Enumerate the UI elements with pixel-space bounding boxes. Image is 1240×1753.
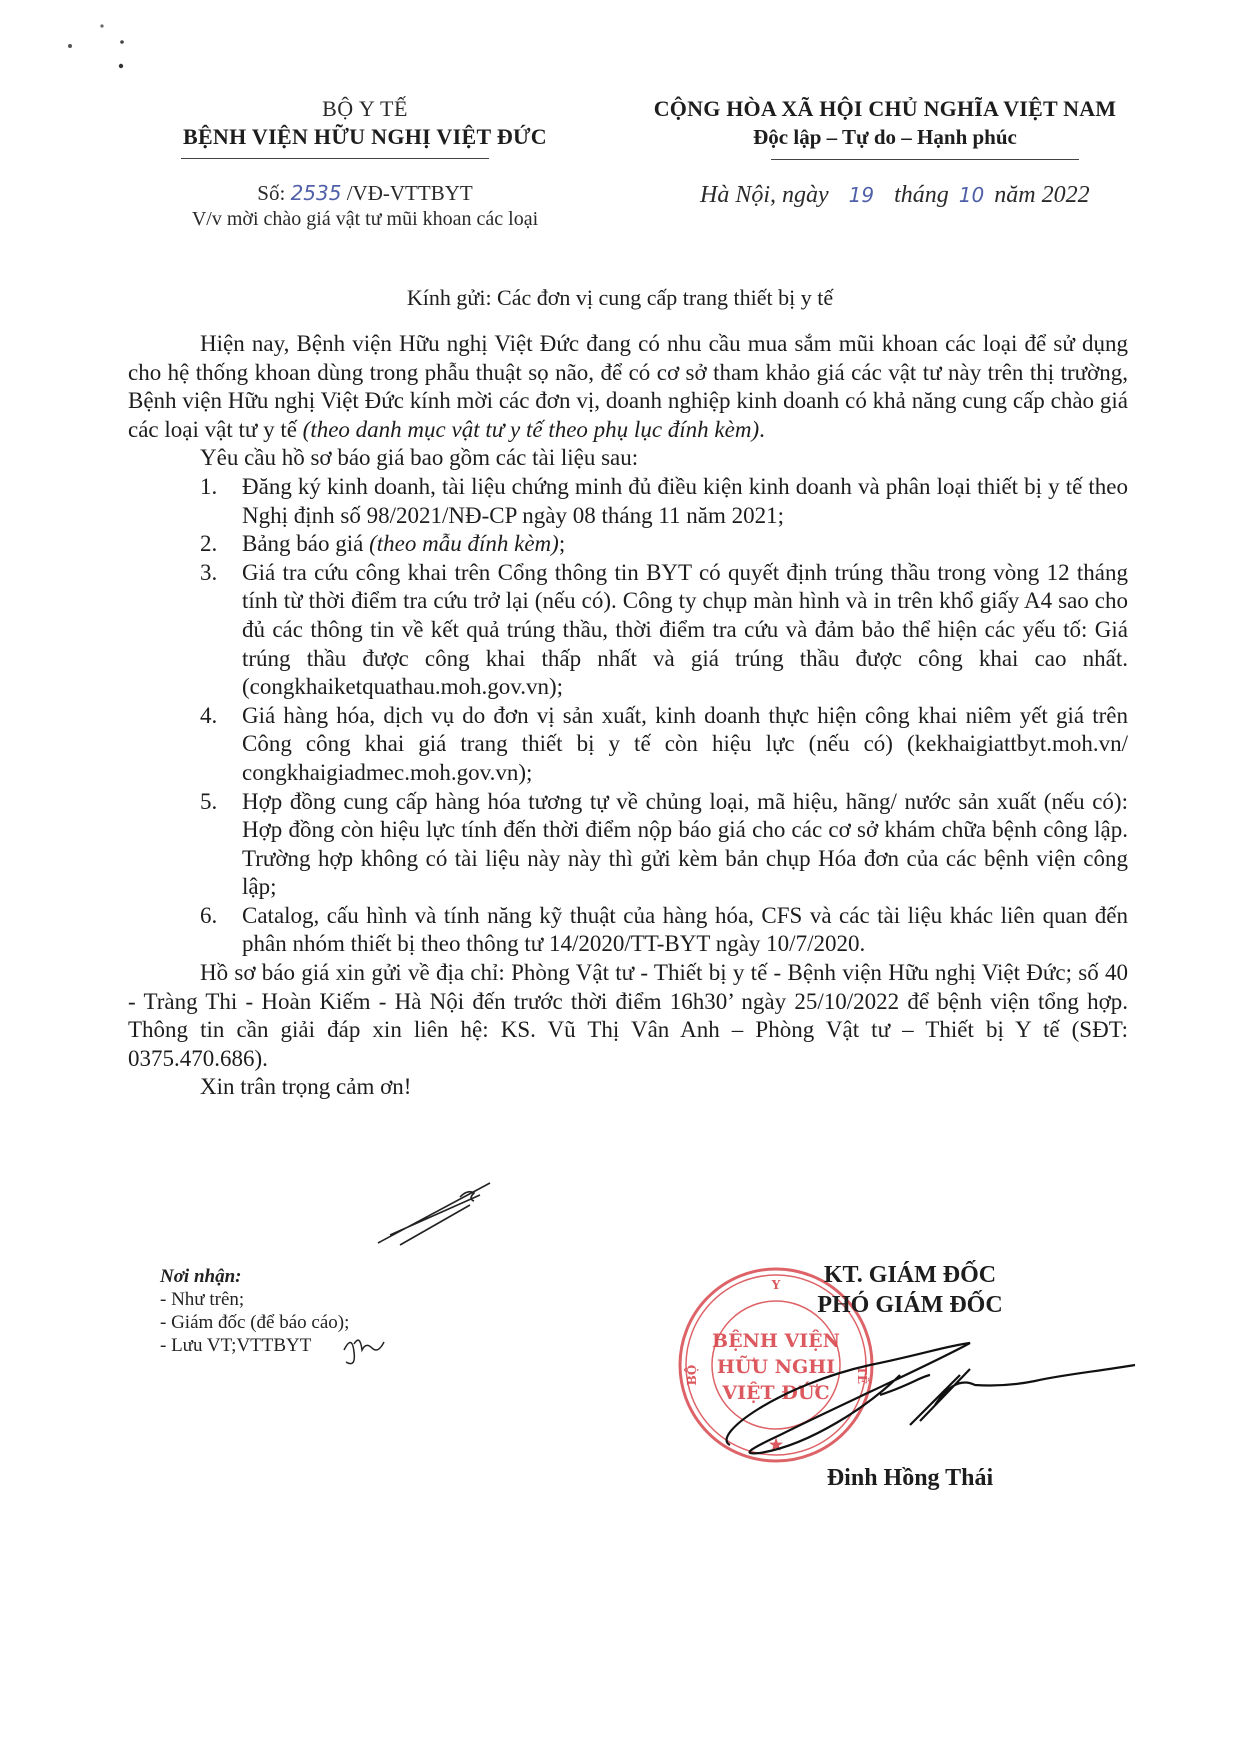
handwritten-signature [720, 1325, 1140, 1465]
handwritten-day: 19 [849, 183, 874, 207]
list-item: 1.Đăng ký kinh doanh, tài liệu chứng min… [128, 473, 1128, 530]
submission-paragraph: Hồ sơ báo giá xin gửi về địa chỉ: Phòng … [128, 959, 1128, 1073]
requirements-heading: Yêu cầu hồ sơ báo giá bao gồm các tài li… [128, 444, 1128, 473]
country-name: CỘNG HÒA XÃ HỘI CHỦ NGHĨA VIỆT NAM [630, 95, 1140, 123]
handwritten-month: 10 [959, 183, 984, 207]
list-item: 5.Hợp đồng cung cấp hàng hóa tương tự về… [128, 788, 1128, 902]
divider [771, 159, 1079, 160]
recipient-item: - Lưu VT;VTTBYT [160, 1334, 349, 1357]
svg-text:BỘ: BỘ [683, 1365, 699, 1386]
recipient-item: - Như trên; [160, 1288, 349, 1311]
document-date: Hà Nội, ngày 19 tháng 10 năm 2022 [700, 182, 1090, 209]
signature-block: KT. GIÁM ĐỐC PHÓ GIÁM ĐỐC [740, 1260, 1080, 1320]
hospital-name: BỆNH VIỆN HỮU NGHỊ VIỆT ĐỨC [140, 123, 590, 151]
list-item: 3.Giá tra cứu công khai trên Cổng thông … [128, 559, 1128, 702]
list-item: 4.Giá hàng hóa, dịch vụ do đơn vị sản xu… [128, 702, 1128, 788]
list-item: 6.Catalog, cấu hình và tính năng kỹ thuậ… [128, 902, 1128, 959]
national-header: CỘNG HÒA XÃ HỘI CHỦ NGHĨA VIỆT NAM Độc l… [630, 95, 1140, 151]
salutation: Kính gửi: Các đơn vị cung cấp trang thiế… [0, 283, 1240, 313]
divider [181, 158, 489, 159]
signer-authority: KT. GIÁM ĐỐC [740, 1260, 1080, 1290]
recipients-block: Nơi nhận: - Như trên; - Giám đốc (để báo… [160, 1265, 349, 1357]
closing-thanks: Xin trân trọng cảm ơn! [128, 1073, 1128, 1102]
letter-body: Hiện nay, Bệnh viện Hữu nghị Việt Đức đa… [128, 330, 1128, 1102]
document-number: Số: 2535 /VĐ-VTTBYT [140, 180, 590, 206]
requirements-list: 1.Đăng ký kinh doanh, tài liệu chứng min… [128, 473, 1128, 959]
initial-signature [370, 1175, 510, 1255]
recipients-title: Nơi nhận: [160, 1265, 349, 1288]
list-item: 2.Bảng báo giá (theo mẫu đính kèm); [128, 530, 1128, 559]
ministry-name: BỘ Y TẾ [140, 95, 590, 123]
initials-mark [340, 1330, 400, 1370]
signer-name: Đinh Hồng Thái [740, 1465, 1080, 1492]
recipient-item: - Giám đốc (để báo cáo); [160, 1311, 349, 1334]
signer-title: PHÓ GIÁM ĐỐC [740, 1290, 1080, 1320]
handwritten-number: 2535 [291, 181, 342, 205]
intro-paragraph: Hiện nay, Bệnh viện Hữu nghị Việt Đức đa… [128, 330, 1128, 444]
issuer-block: BỘ Y TẾ BỆNH VIỆN HỮU NGHỊ VIỆT ĐỨC Số: … [140, 95, 590, 151]
document-subject: V/v mời chào giá vật tư mũi khoan các lo… [140, 206, 590, 232]
national-motto: Độc lập – Tự do – Hạnh phúc [630, 123, 1140, 151]
